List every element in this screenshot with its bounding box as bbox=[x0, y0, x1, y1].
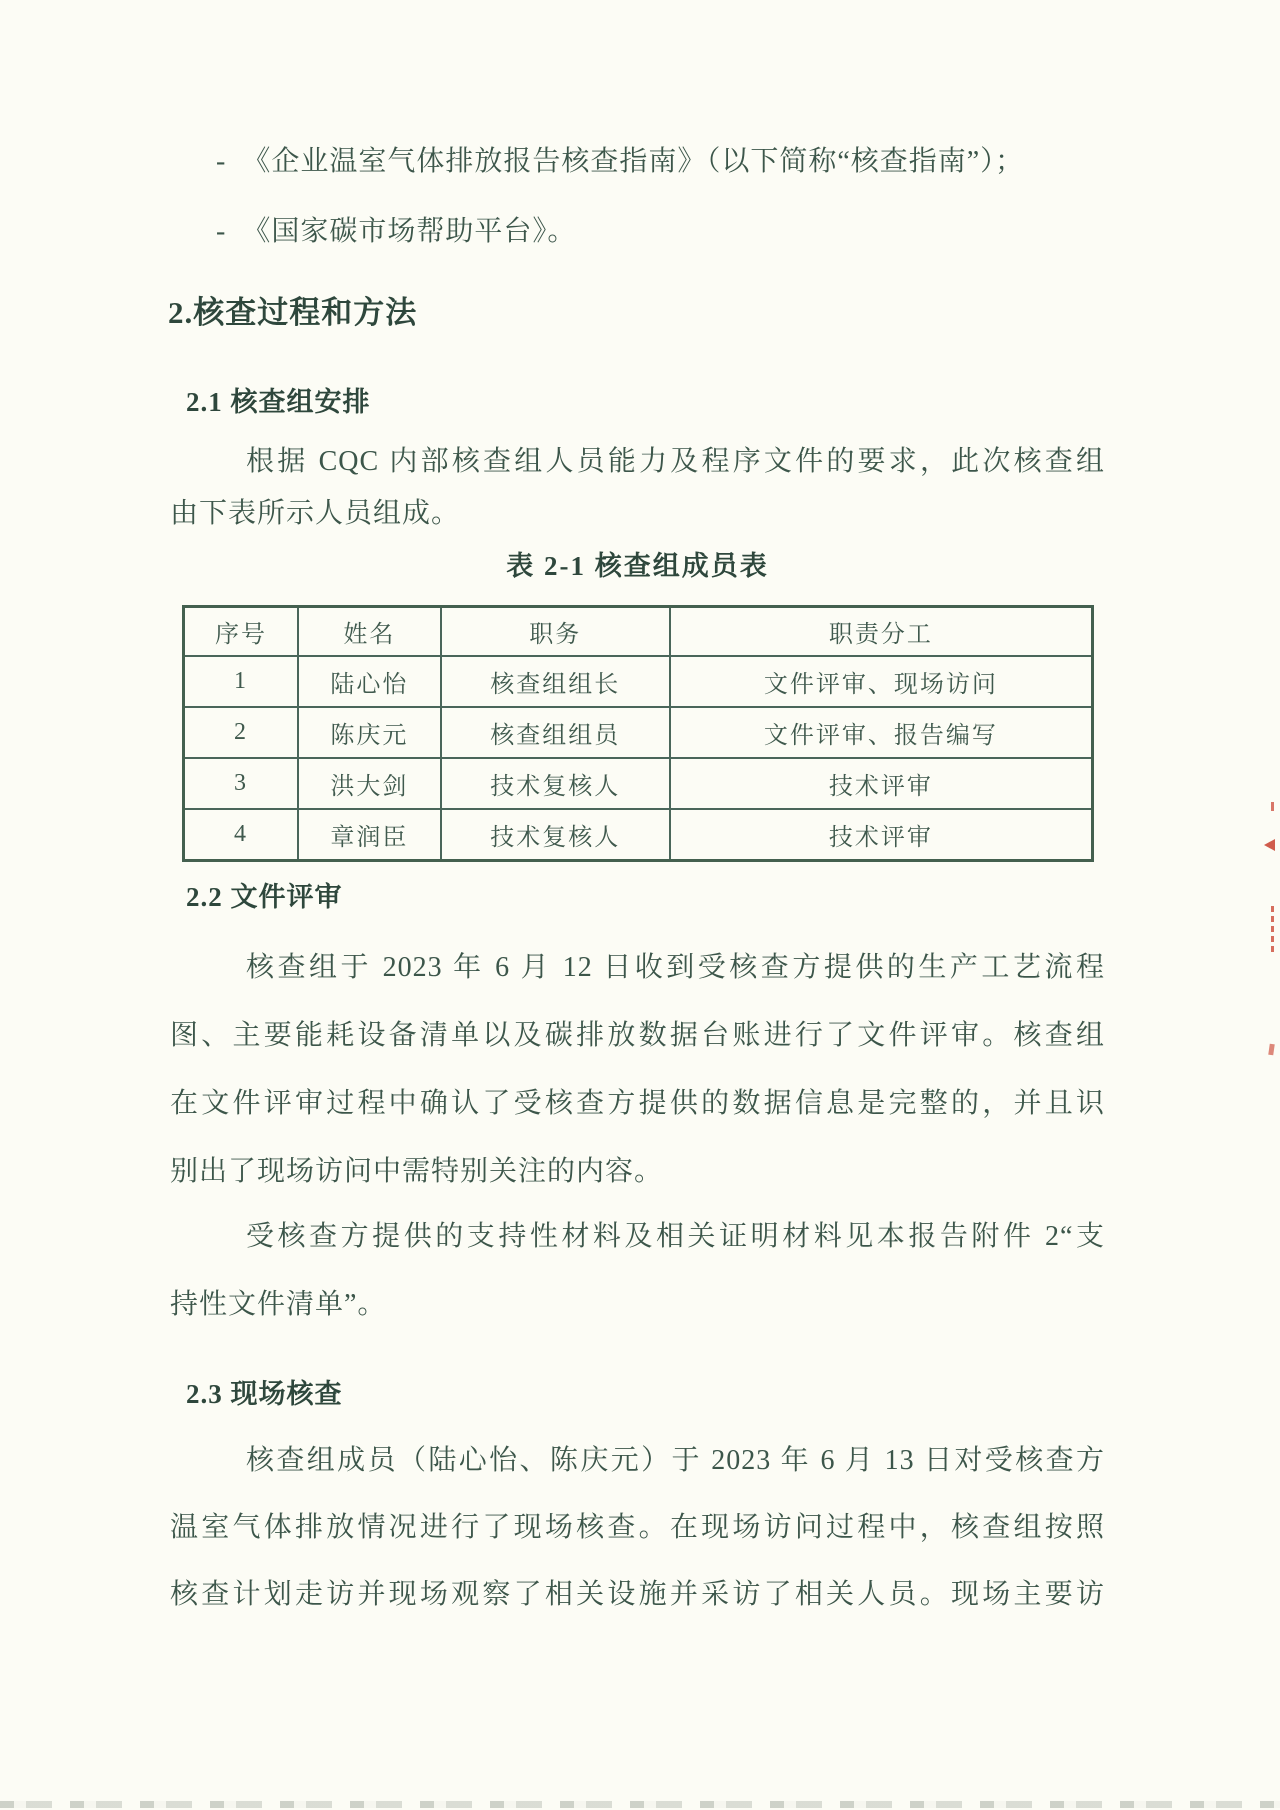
bullet-text: 《国家碳市场帮助平台》。 bbox=[242, 216, 576, 247]
section-2-1-heading: 2.1 核查组安排 bbox=[186, 385, 371, 419]
text-line: 在文件评审过程中确认了受核查方提供的数据信息是完整的，并且识 bbox=[170, 1070, 1105, 1138]
section-2-2-paragraph-1: 核查组于 2023 年 6 月 12 日收到受核查方提供的生产工艺流程 图、主要… bbox=[170, 934, 1105, 1206]
bullet-text: 《企业温室气体排放报告核查指南》（以下简称“核查指南”）； bbox=[242, 146, 1024, 177]
header-cell-role: 职务 bbox=[441, 607, 670, 657]
red-dashed-mark bbox=[1271, 906, 1274, 956]
cell-index: 1 bbox=[184, 656, 299, 707]
bullet-dash: - bbox=[170, 146, 226, 177]
cell-role: 核查组组员 bbox=[441, 707, 670, 758]
text-line: 核查组成员（陆心怡、陈庆元）于 2023 年 6 月 13 日对受核查方 bbox=[170, 1427, 1105, 1494]
cell-role: 技术复核人 bbox=[441, 809, 670, 861]
cell-duty: 文件评审、现场访问 bbox=[670, 656, 1093, 707]
text-line: 图、主要能耗设备清单以及碳排放数据台账进行了文件评审。核查组 bbox=[170, 1002, 1105, 1070]
header-cell-name: 姓名 bbox=[298, 607, 441, 657]
red-arrow-mark-icon bbox=[1264, 839, 1275, 851]
scan-noise-strip bbox=[0, 1801, 1280, 1808]
text-line: 由下表所示人员组成。 bbox=[170, 488, 1105, 540]
header-cell-duty: 职责分工 bbox=[670, 607, 1093, 657]
cell-index: 2 bbox=[184, 707, 299, 758]
table-row: 2 陈庆元 核查组组员 文件评审、报告编写 bbox=[184, 707, 1093, 758]
text-line: 温室气体排放情况进行了现场核查。在现场访问过程中，核查组按照 bbox=[170, 1494, 1105, 1561]
document-page: -《企业温室气体排放报告核查指南》（以下简称“核查指南”）； -《国家碳市场帮助… bbox=[0, 0, 1280, 1810]
section-2-heading: 2.核查过程和方法 bbox=[168, 294, 417, 332]
reference-bullet-list: -《企业温室气体排放报告核查指南》（以下简称“核查指南”）； -《国家碳市场帮助… bbox=[170, 127, 1105, 267]
cell-name: 洪大剑 bbox=[298, 758, 441, 809]
bullet-dash: - bbox=[170, 216, 226, 247]
text-line: 受核查方提供的支持性材料及相关证明材料见本报告附件 2“支 bbox=[170, 1203, 1105, 1271]
bullet-item-verification-guide: -《企业温室气体排放报告核查指南》（以下简称“核查指南”）； bbox=[170, 127, 1105, 197]
cell-name: 章润臣 bbox=[298, 809, 441, 861]
cell-role: 技术复核人 bbox=[441, 758, 670, 809]
table-row: 3 洪大剑 技术复核人 技术评审 bbox=[184, 758, 1093, 809]
table-row: 1 陆心怡 核查组组长 文件评审、现场访问 bbox=[184, 656, 1093, 707]
cell-role: 核查组组长 bbox=[441, 656, 670, 707]
cell-name: 陆心怡 bbox=[298, 656, 441, 707]
cell-duty: 文件评审、报告编写 bbox=[670, 707, 1093, 758]
table-header-row: 序号 姓名 职务 职责分工 bbox=[184, 607, 1093, 657]
cell-index: 3 bbox=[184, 758, 299, 809]
cell-duty: 技术评审 bbox=[670, 758, 1093, 809]
bullet-item-carbon-platform: -《国家碳市场帮助平台》。 bbox=[170, 197, 1105, 267]
verification-team-table: 序号 姓名 职务 职责分工 1 陆心怡 核查组组长 文件评审、现场访问 2 陈庆… bbox=[182, 605, 1094, 862]
table-caption: 表 2-1 核查组成员表 bbox=[170, 548, 1105, 584]
cell-duty: 技术评审 bbox=[670, 809, 1093, 861]
red-pen-dot-mark bbox=[1271, 802, 1274, 811]
text-line: 持性文件清单”。 bbox=[170, 1271, 1105, 1339]
text-line: 核查组于 2023 年 6 月 12 日收到受核查方提供的生产工艺流程 bbox=[170, 934, 1105, 1002]
text-line: 核查计划走访并现场观察了相关设施并采访了相关人员。现场主要访 bbox=[170, 1561, 1105, 1628]
section-2-1-paragraph: 根据 CQC 内部核查组人员能力及程序文件的要求，此次核查组 由下表所示人员组成… bbox=[170, 436, 1105, 540]
section-2-3-paragraph: 核查组成员（陆心怡、陈庆元）于 2023 年 6 月 13 日对受核查方 温室气… bbox=[170, 1427, 1105, 1628]
text-line: 根据 CQC 内部核查组人员能力及程序文件的要求，此次核查组 bbox=[170, 436, 1105, 488]
table-row: 4 章润臣 技术复核人 技术评审 bbox=[184, 809, 1093, 861]
text-line: 别出了现场访问中需特别关注的内容。 bbox=[170, 1138, 1105, 1206]
section-2-3-heading: 2.3 现场核查 bbox=[186, 1377, 343, 1411]
red-pen-small-mark bbox=[1268, 1044, 1274, 1056]
cell-name: 陈庆元 bbox=[298, 707, 441, 758]
section-2-2-paragraph-2: 受核查方提供的支持性材料及相关证明材料见本报告附件 2“支 持性文件清单”。 bbox=[170, 1203, 1105, 1339]
cell-index: 4 bbox=[184, 809, 299, 861]
header-cell-index: 序号 bbox=[184, 607, 299, 657]
section-2-2-heading: 2.2 文件评审 bbox=[186, 880, 343, 914]
